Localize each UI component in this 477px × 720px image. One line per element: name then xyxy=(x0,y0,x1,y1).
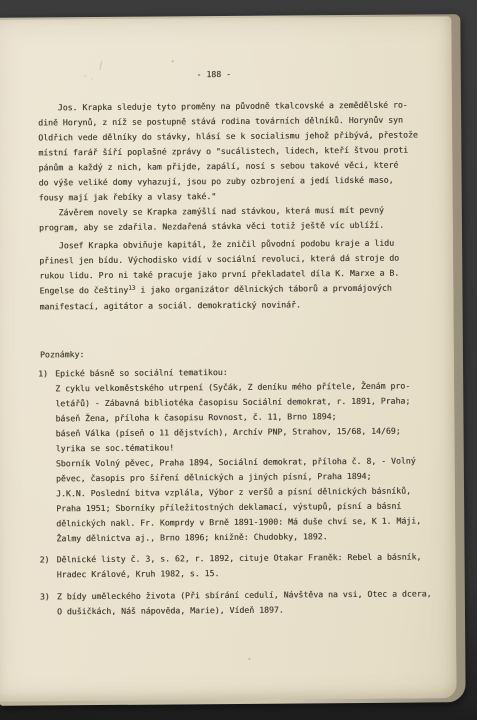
paper-speck xyxy=(172,60,174,62)
footnote-1-text: Epické básně so sociální tematikou: Z cy… xyxy=(55,363,443,546)
paper-speck xyxy=(248,658,250,660)
page-number: - 188 - xyxy=(0,65,452,84)
paragraph-1: Jos. Krapka sleduje tyto proměny na půvo… xyxy=(38,97,435,205)
footnote-3: 3)Z bídy uměleckého života (Při sbírání … xyxy=(40,586,444,619)
footnote-3-text: Z bídy uměleckého života (Při sbírání ce… xyxy=(57,586,444,619)
scan-background: - 188 - Jos. Krapka sleduje tyto proměny… xyxy=(0,0,477,720)
paragraph-3: Josef Krapka obviňuje kapitál, že zničil… xyxy=(39,235,436,314)
footnote-1: 1)Epické básně so sociální tematikou: Z … xyxy=(38,363,443,546)
paragraph-2: Závěrem novely se Krapka zamýšlí nad stá… xyxy=(39,202,435,235)
footnote-1-marker: 1) xyxy=(38,366,48,381)
notes-heading: Poznámky: xyxy=(40,344,436,362)
document-page: - 188 - Jos. Krapka sleduje tyto proměny… xyxy=(0,16,457,702)
footnote-reference-13: 13 xyxy=(128,284,135,291)
footnote-2: 2)Dělnické listy č. 3, s. 62, r. 1892, c… xyxy=(40,549,444,582)
footnote-2-text: Dělnické listy č. 3, s. 62, r. 1892, cit… xyxy=(57,549,444,582)
footnote-2-marker: 2) xyxy=(40,552,50,567)
footnote-3-marker: 3) xyxy=(40,589,50,604)
